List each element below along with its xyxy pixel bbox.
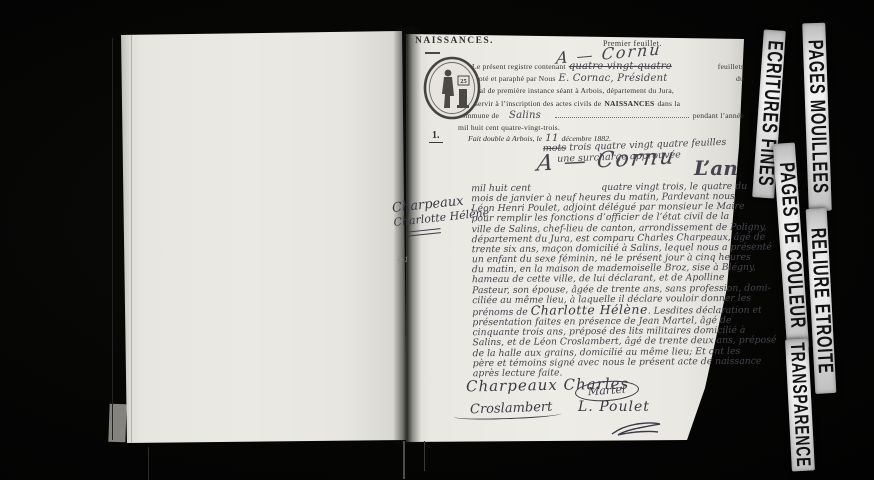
struck-handwritten-count: quatre vingt-quatre (566, 62, 718, 72)
page-fold-line (131, 30, 132, 444)
dotted-leader (555, 110, 689, 118)
birth-act-body: mil huit cent quatre vingt trois, le qua… (471, 182, 749, 379)
act-opening-word: L’an (694, 156, 738, 180)
page-stack-line (424, 441, 425, 471)
commune-name-handwritten: Salins (499, 111, 551, 121)
register-declaration: Le présent registre contenant quatre vin… (458, 61, 744, 134)
timbre-stamp: 25 (423, 56, 481, 120)
stamp-value: 25 (460, 78, 467, 85)
left-page-blank (118, 30, 408, 444)
declaration-line-1: Le présent registre contenant quatre vin… (458, 61, 744, 73)
title-ornament (425, 52, 440, 54)
book-edge-line (112, 38, 113, 440)
signature-croslambert: Croslambert (470, 400, 553, 418)
condition-strip-transparence: TRANSPARENCE (785, 338, 815, 471)
condition-strip-pages-mouillees: PAGES MOUILLEES (802, 23, 832, 212)
register-scan: NAISSANCES. Premier feuillet. A — Cornu … (0, 0, 874, 480)
declaration-line-3: Tribunal de première instance séant à Ar… (458, 85, 744, 97)
section-title: NAISSANCES. (415, 36, 494, 46)
page-stack-line (403, 441, 405, 479)
declaration-line-4: pour servir à l’inscription des actes ci… (458, 98, 744, 110)
president-name-handwritten: E. Cornac, Président (556, 74, 737, 84)
day-handwritten: 11 (542, 133, 561, 143)
condition-strip-reliure-etroite: RELIURE ETROITE (806, 208, 837, 394)
folio-number: 1. (429, 130, 443, 143)
declaration-line-5: commune de Salins pendant l’année (458, 110, 744, 122)
signature-poulet: L. Poulet (578, 399, 650, 415)
naissances-bold: NAISSANCES (601, 98, 657, 110)
signature-flourish (608, 420, 668, 438)
pencil-annotation: 4-1 (397, 254, 408, 264)
condition-strip-pages-de-couleur: PAGES DE COULEUR (773, 142, 809, 349)
declaration-line-2: a été coté et paraphé par Nous E. Cornac… (458, 73, 744, 85)
page-stack-line (148, 447, 149, 480)
